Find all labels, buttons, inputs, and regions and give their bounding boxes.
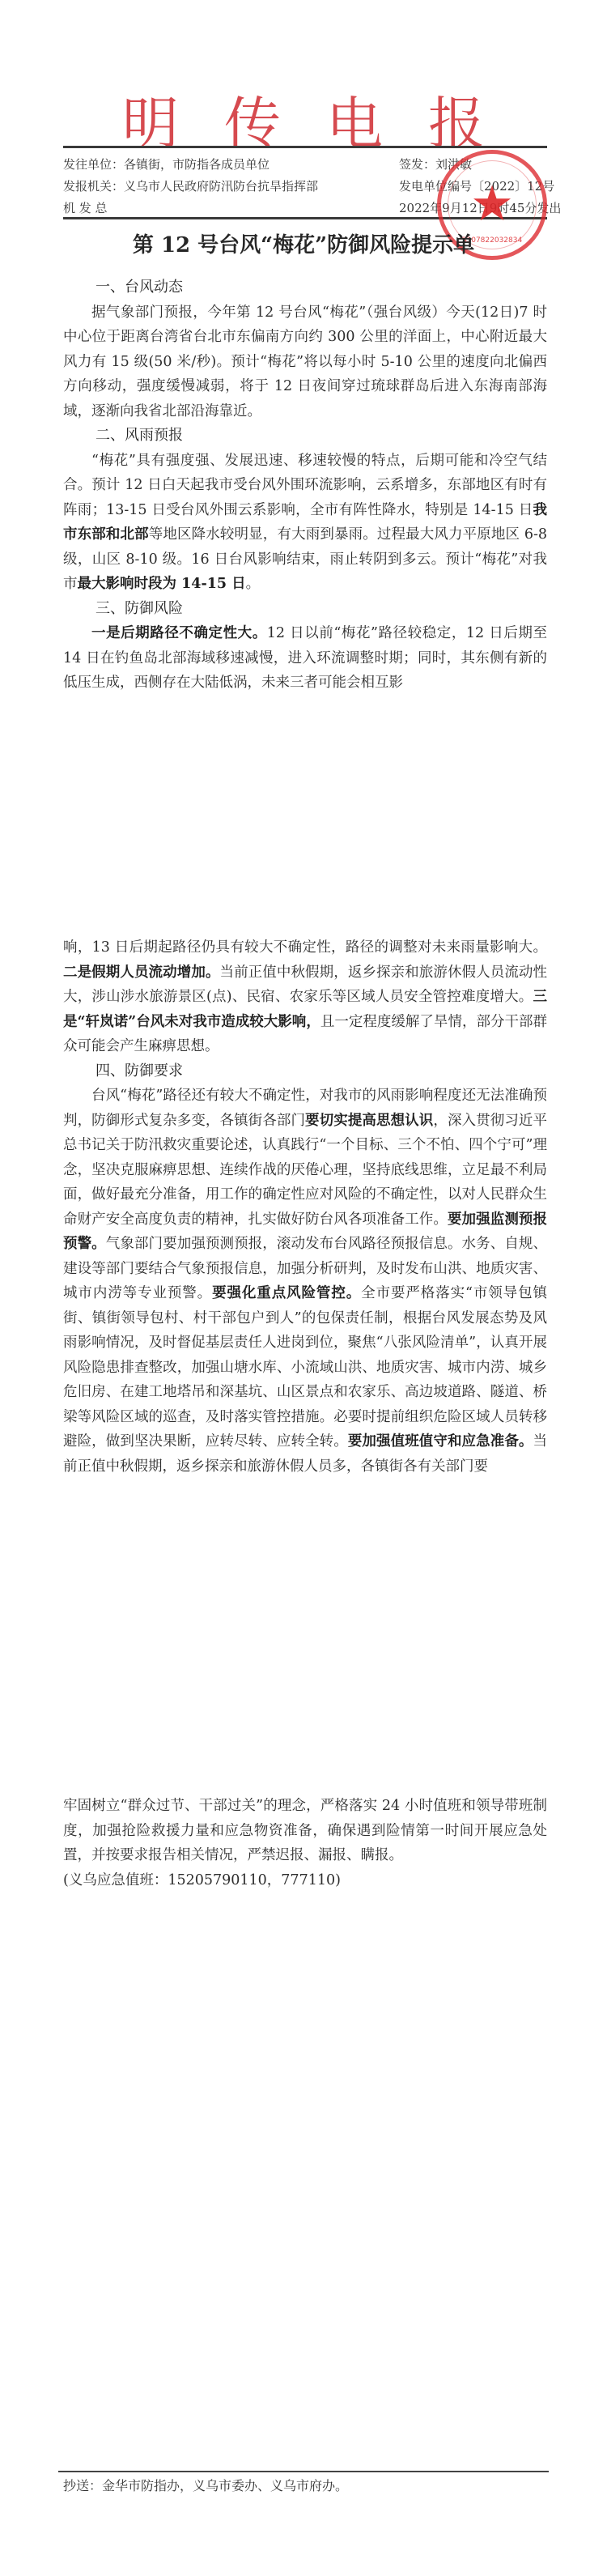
section-heading: 一、台风动态 [63,275,547,300]
paragraph: 牢固树立“群众过节、干部过关”的理念，严格落实 24 小时值班和领导带班制度，加… [63,1794,547,1868]
masthead-title: 明传电报 [0,87,607,160]
issuing-authority: 发报机关：义乌市人民政府防汛防台抗旱指挥部 [63,176,318,198]
hotline: (义乌应急值班：15205790110，777110) [63,1868,547,1893]
section-heading: 四、防御要求 [63,1059,547,1084]
body-block-2: 响，13 日后期起路径仍具有较大不确定性，路径的调整对未来雨量影响大。二是假期人… [63,935,547,1479]
machine-label: 机 发 总 [63,198,318,219]
paragraph: 台风“梅花”路径还有较大不确定性，对我市的风雨影响程度还无法准确预判，防御形式复… [63,1084,547,1479]
paragraph: 一是后期路径不确定性大。12 日以前“梅花”路径较稳定，12 日后期至 14 日… [63,621,547,696]
section-heading: 三、防御风险 [63,597,547,622]
paragraph: 据气象部门预报，今年第 12 号台风“梅花”（强台风级）今天(12日)7 时中心… [63,300,547,424]
star-icon: ★ [441,180,543,228]
header-divider [63,146,547,148]
send-to: 发往单位：各镇街，市防指各成员单位 [63,154,318,176]
cc-divider [58,2471,549,2472]
cc-list: 抄送：金华市防指办，义乌市委办、义乌市府办。 [63,2476,348,2494]
paragraph: 响，13 日后期起路径仍具有较大不确定性，路径的调整对未来雨量影响大。二是假期人… [63,935,547,1059]
body-block-1: 一、台风动态 据气象部门预报，今年第 12 号台风“梅花”（强台风级）今天(12… [63,275,547,696]
paragraph: “梅花”具有强度强、发展迅速、移速较慢的特点，后期可能和冷空气结合。预计 12 … [63,449,547,597]
section-heading: 二、风雨预报 [63,424,547,449]
header-meta-left: 发往单位：各镇街，市防指各成员单位 发报机关：义乌市人民政府防汛防台抗旱指挥部 … [63,154,318,219]
body-block-3: 牢固树立“群众过节、干部过关”的理念，严格落实 24 小时值班和领导带班制度，加… [63,1794,547,1893]
document-title: 第 12 号台风“梅花”防御风险提示单 [0,228,607,258]
